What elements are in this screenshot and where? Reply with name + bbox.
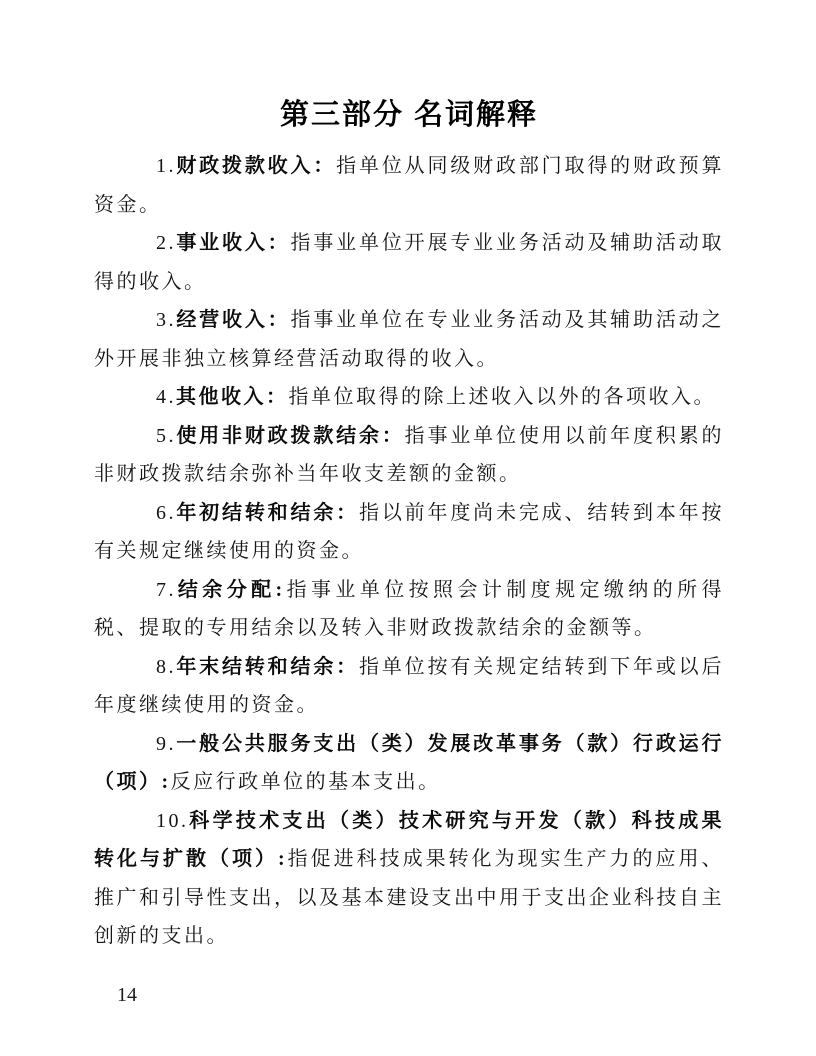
term-number: 9. [156,733,176,755]
term-item: 2.事业收入：指事业单位开展专业业务活动及辅助活动取得的收入。 [94,224,724,301]
term-item: 3.经营收入：指事业单位在专业业务活动及其辅助活动之外开展非独立核算经营活动取得… [94,301,724,378]
term-item: 6.年初结转和结余：指以前年度尚未完成、结转到本年按有关规定继续使用的资金。 [94,494,724,571]
term-item: 7.结余分配:指事业单位按照会计制度规定缴纳的所得税、提取的专用结余以及转入非财… [94,571,724,648]
term-definition: 指单位取得的除上述收入以外的各项收入。 [289,386,717,408]
term-item: 10.科学技术支出（类）技术研究与开发（款）科技成果转化与扩散（项）:指促进科技… [94,802,724,956]
term-definition: 反应行政单位的基本支出。 [171,771,441,793]
term-number: 3. [156,309,176,331]
page-title: 第三部分 名词解释 [94,96,724,134]
term-number: 7. [156,579,176,601]
term-item: 9.一般公共服务支出（类）发展改革事务（款）行政运行（项）:反应行政单位的基本支… [94,725,724,802]
terms-list: 1.财政拨款收入：指单位从同级财政部门取得的财政预算资金。 2.事业收入：指事业… [94,147,724,956]
term-item: 1.财政拨款收入：指单位从同级财政部门取得的财政预算资金。 [94,147,724,224]
term-label: 年初结转和结余： [176,502,359,524]
term-number: 2. [156,232,176,254]
term-number: 10. [156,810,189,832]
term-item: 8.年末结转和结余：指单位按有关规定结转到下年或以后年度继续使用的资金。 [94,648,724,725]
document-page: 第三部分 名词解释 1.财政拨款收入：指单位从同级财政部门取得的财政预算资金。 … [0,0,816,1056]
term-number: 4. [156,386,176,408]
term-number: 1. [156,155,176,177]
term-label: 经营收入： [176,309,291,331]
term-label: 事业收入： [176,232,291,254]
term-number: 5. [156,425,176,447]
term-label: 年末结转和结余： [176,656,359,678]
term-number: 8. [156,656,176,678]
term-label: 财政拨款收入： [176,155,336,177]
term-label: 其他收入： [176,386,289,408]
page-number: 14 [117,984,137,1007]
term-item: 4.其他收入：指单位取得的除上述收入以外的各项收入。 [94,378,724,417]
document-content: 第三部分 名词解释 1.财政拨款收入：指单位从同级财政部门取得的财政预算资金。 … [94,96,724,956]
term-label: 使用非财政拨款结余： [176,425,405,447]
term-label: 结余分配: [176,579,285,601]
term-item: 5.使用非财政拨款结余：指事业单位使用以前年度积累的非财政拨款结余弥补当年收支差… [94,417,724,494]
term-number: 6. [156,502,176,524]
